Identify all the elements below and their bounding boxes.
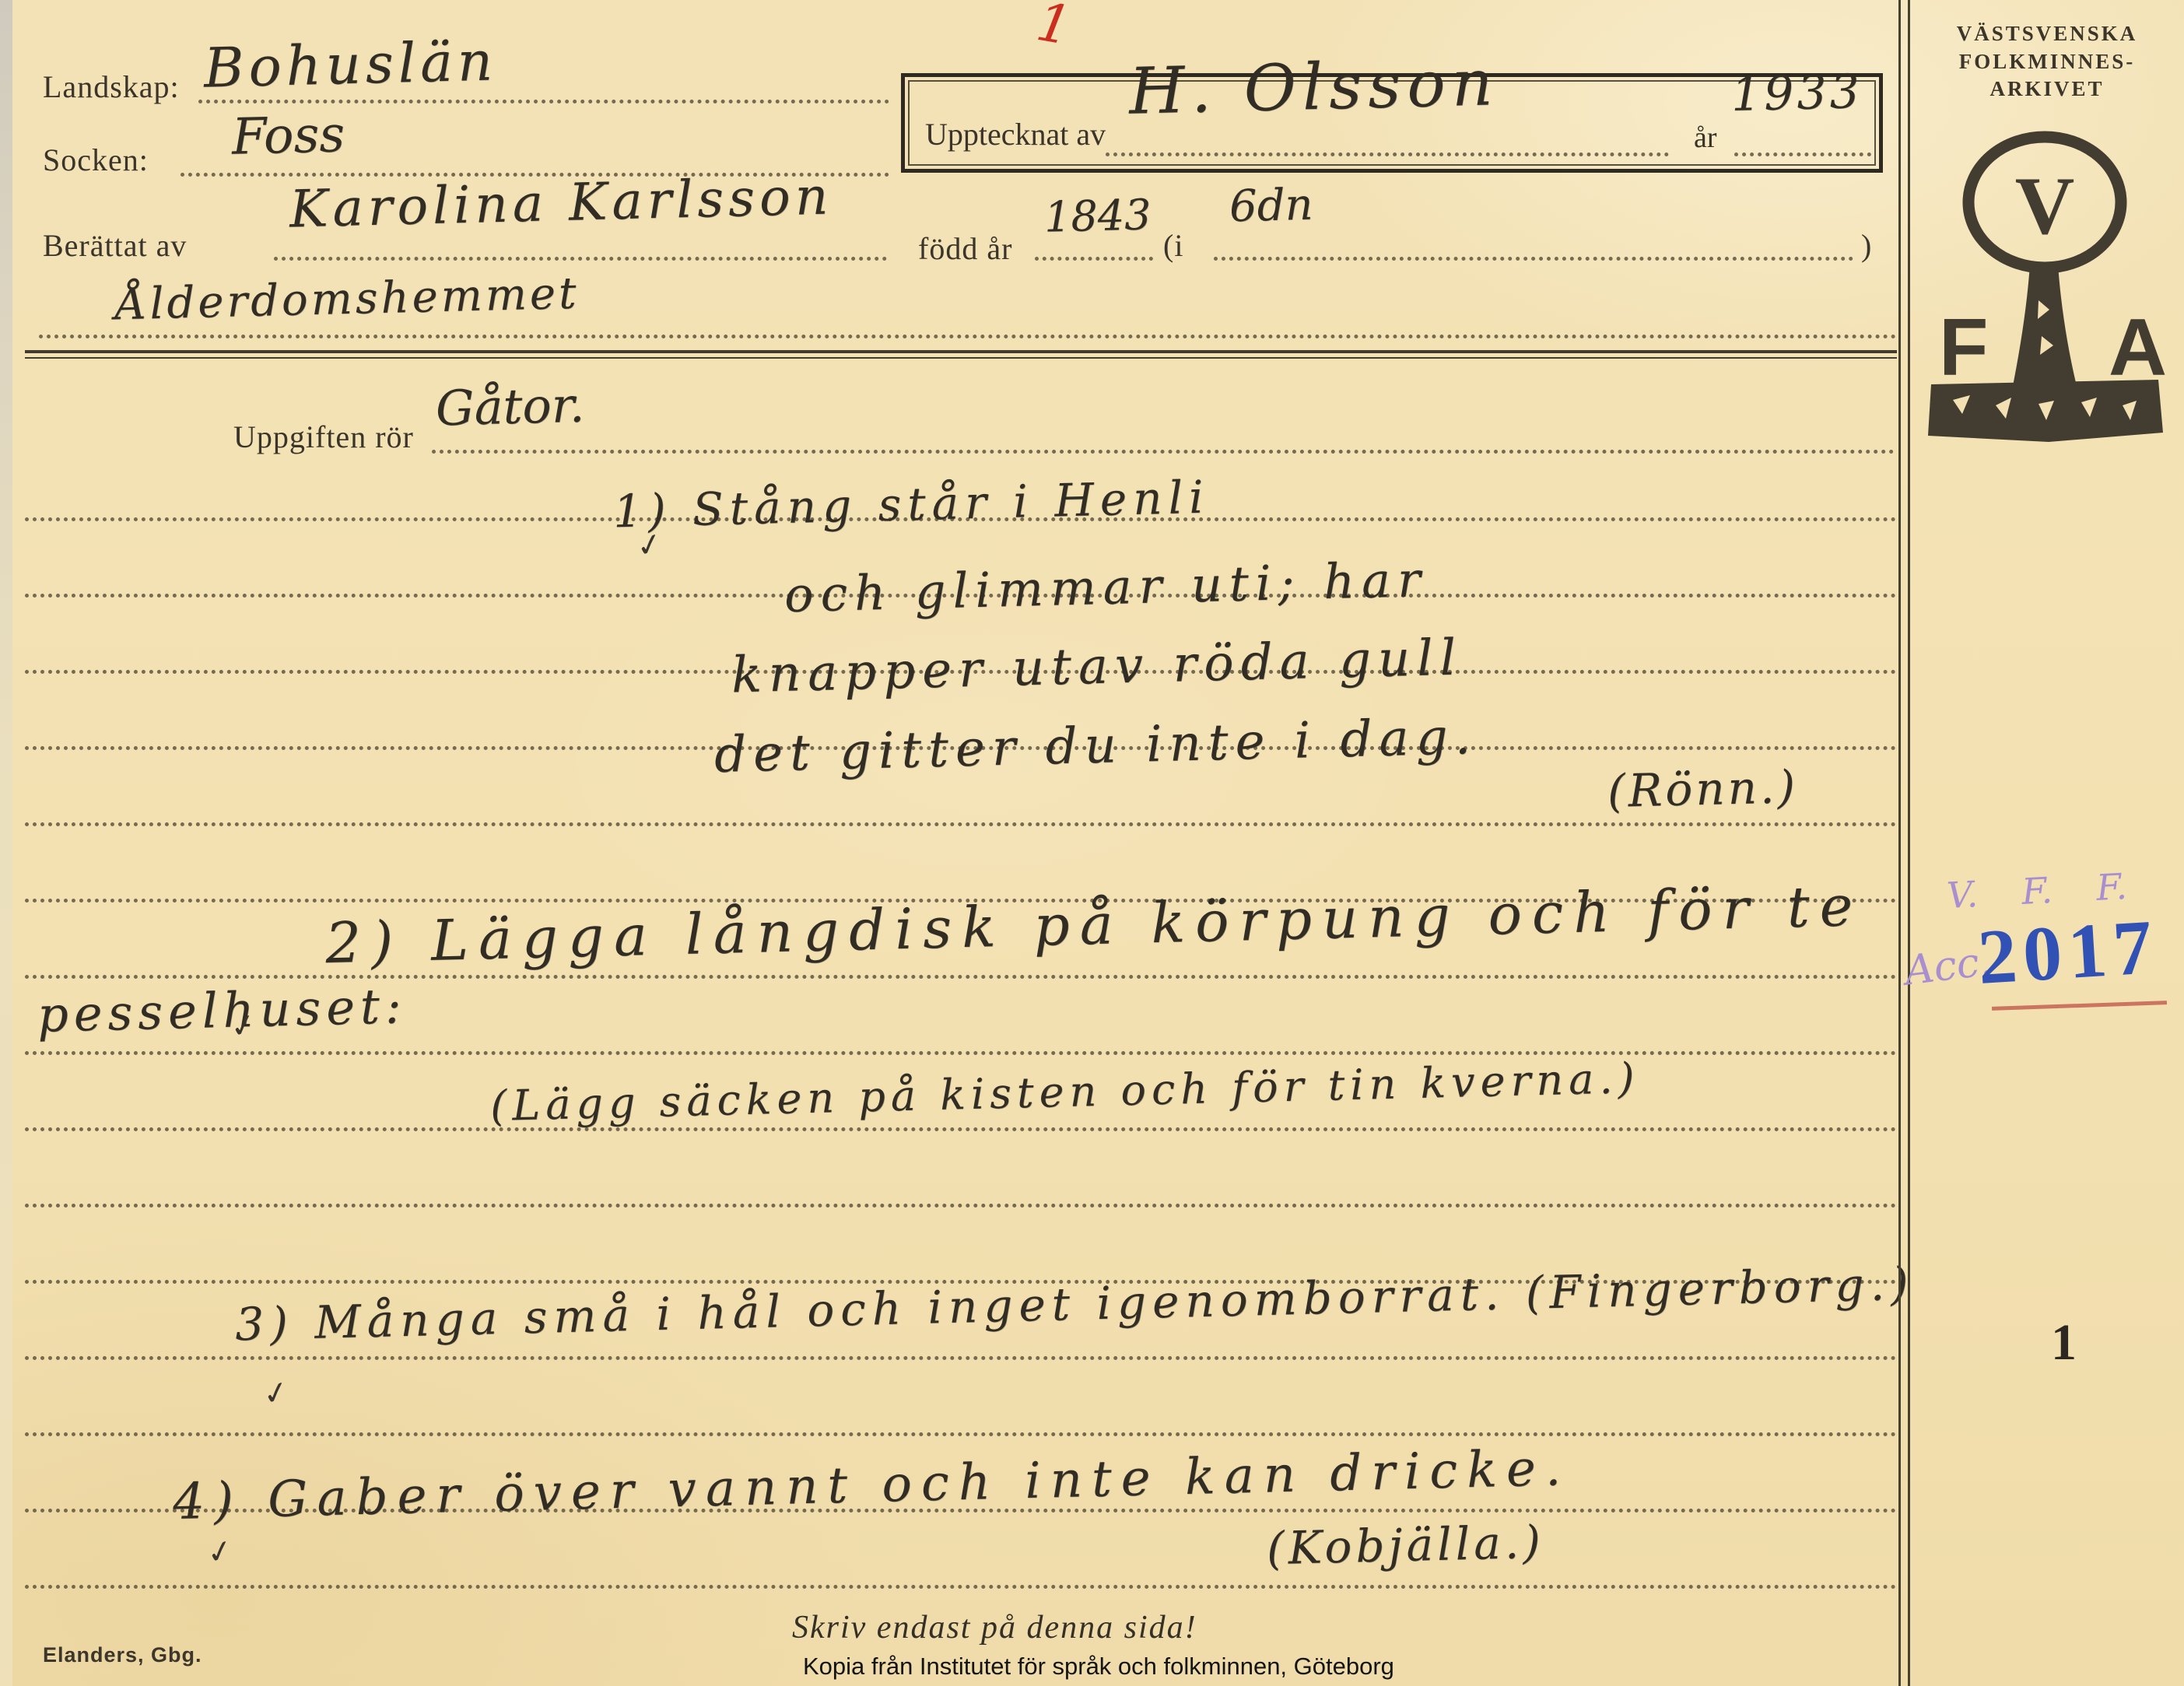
birthplace-handwriting: 6dn — [1229, 180, 1313, 233]
scan-edge-artifact — [0, 0, 12, 1686]
fodd-ar-label: född år — [918, 230, 1012, 267]
recorder-dotted-line — [1106, 152, 1669, 156]
ruled-line — [25, 975, 1897, 979]
birthplace-open-paren: (i — [1163, 227, 1183, 264]
printer-imprint: Elanders, Gbg. — [43, 1643, 202, 1667]
year-dotted-line — [1734, 152, 1871, 156]
birthplace-dotted-line — [1214, 257, 1853, 261]
riddle-2-line-2: pesselhuset: — [37, 977, 407, 1043]
ruled-line — [25, 1356, 1897, 1360]
berattat-av-label: Berättat av — [43, 227, 187, 264]
ruled-lines — [0, 0, 2184, 1686]
riddle-1-line-2: och glimmar uti; har — [784, 551, 1428, 623]
informant-address-handwriting: Ålderdomshemmet — [114, 268, 580, 331]
fodd-dotted-line — [1035, 257, 1153, 261]
address-dotted-line — [39, 335, 1897, 338]
header-rule-thin — [25, 357, 1897, 359]
tick-mark: ✓ — [204, 1532, 237, 1572]
riddle-4-line: 4) Gaber över vannt och inte kan dricke. — [172, 1439, 1571, 1531]
birth-year-handwriting: 1843 — [1043, 190, 1152, 241]
archive-name-line2: FOLKMINNES- — [1916, 48, 2179, 76]
page-number: 1 — [2051, 1313, 2077, 1372]
record-year-handwriting: 1933 — [1730, 65, 1863, 122]
upptecknat-av-label: Upptecknat av — [925, 116, 1106, 152]
riddle-2-answer: (Lägg säcken på kisten och för tin kvern… — [489, 1053, 1640, 1130]
ruled-line — [25, 1585, 1897, 1589]
stamp-accession-number: 2017 — [1975, 902, 2161, 1002]
ruled-line — [25, 1127, 1897, 1131]
logo-letter-f: F — [1939, 303, 1989, 393]
riddle-4-answer: (Kobjälla.) — [1266, 1516, 1544, 1576]
riddle-2-line-1: 2) Lägga långdisk på körpung och för te — [324, 873, 1863, 976]
logo-letter-a: A — [2109, 303, 2167, 393]
ruled-line — [25, 822, 1897, 826]
socken-value-handwriting: Foss — [231, 106, 345, 166]
margin-divider-outer — [1898, 0, 1901, 1686]
ruled-line — [25, 1432, 1897, 1436]
riddle-3-line: 3) Många små i hål och inget igenomborra… — [234, 1257, 1915, 1351]
riddle-1-line-4: det gitter du inte i dag. — [713, 708, 1478, 784]
uppgiften-dotted-line — [432, 450, 1895, 454]
margin-divider-inner — [1908, 0, 1910, 1686]
archive-name-line1: VÄSTSVENSKA — [1916, 20, 2179, 48]
logo-letter-v: V — [2015, 160, 2075, 251]
copy-notice: Kopia från Institutet för språk och folk… — [803, 1653, 1394, 1681]
archive-name-line3: ARKIVET — [1916, 75, 2179, 103]
ruled-line — [25, 1204, 1897, 1208]
landskap-value-handwriting: Bohuslän — [203, 29, 498, 100]
recorded-by-box: Upptecknat av år H. Olsson 1933 — [901, 73, 1883, 173]
thors-hammer-logo: V F A — [1920, 115, 2177, 465]
socken-label: Socken: — [43, 142, 149, 178]
berattat-dotted-line — [274, 257, 887, 261]
riddle-1-line-1: 1) Stång står i Henli — [612, 471, 1210, 538]
birthplace-close-paren: ) — [1861, 227, 1872, 264]
write-only-instruction: Skriv endast på denna sida! — [792, 1609, 1197, 1646]
landskap-dotted-line — [198, 100, 889, 103]
riddle-1-line-3: knapper utav röda gull — [731, 629, 1464, 705]
archive-name: VÄSTSVENSKA FOLKMINNES- ARKIVET — [1916, 20, 2179, 103]
riddle-1-answer: (Rönn.) — [1607, 760, 1799, 818]
landskap-label: Landskap: — [43, 68, 180, 105]
archive-record-card: Landskap: Bohuslän Socken: Foss Berättat… — [0, 0, 2184, 1686]
subject-handwriting: Gåtor. — [435, 377, 585, 437]
red-folio-mark: 1 — [1032, 0, 1075, 58]
recorder-name-handwriting: H. Olsson — [1128, 46, 1500, 129]
header-rule-thick — [25, 350, 1897, 353]
tick-mark: ✓ — [260, 1373, 293, 1414]
uppgiften-ror-label: Uppgiften rör — [233, 419, 414, 455]
informant-name-handwriting: Karolina Karlsson — [289, 166, 833, 239]
stamp-underline — [1992, 1001, 2167, 1011]
ar-label: år — [1694, 121, 1717, 155]
